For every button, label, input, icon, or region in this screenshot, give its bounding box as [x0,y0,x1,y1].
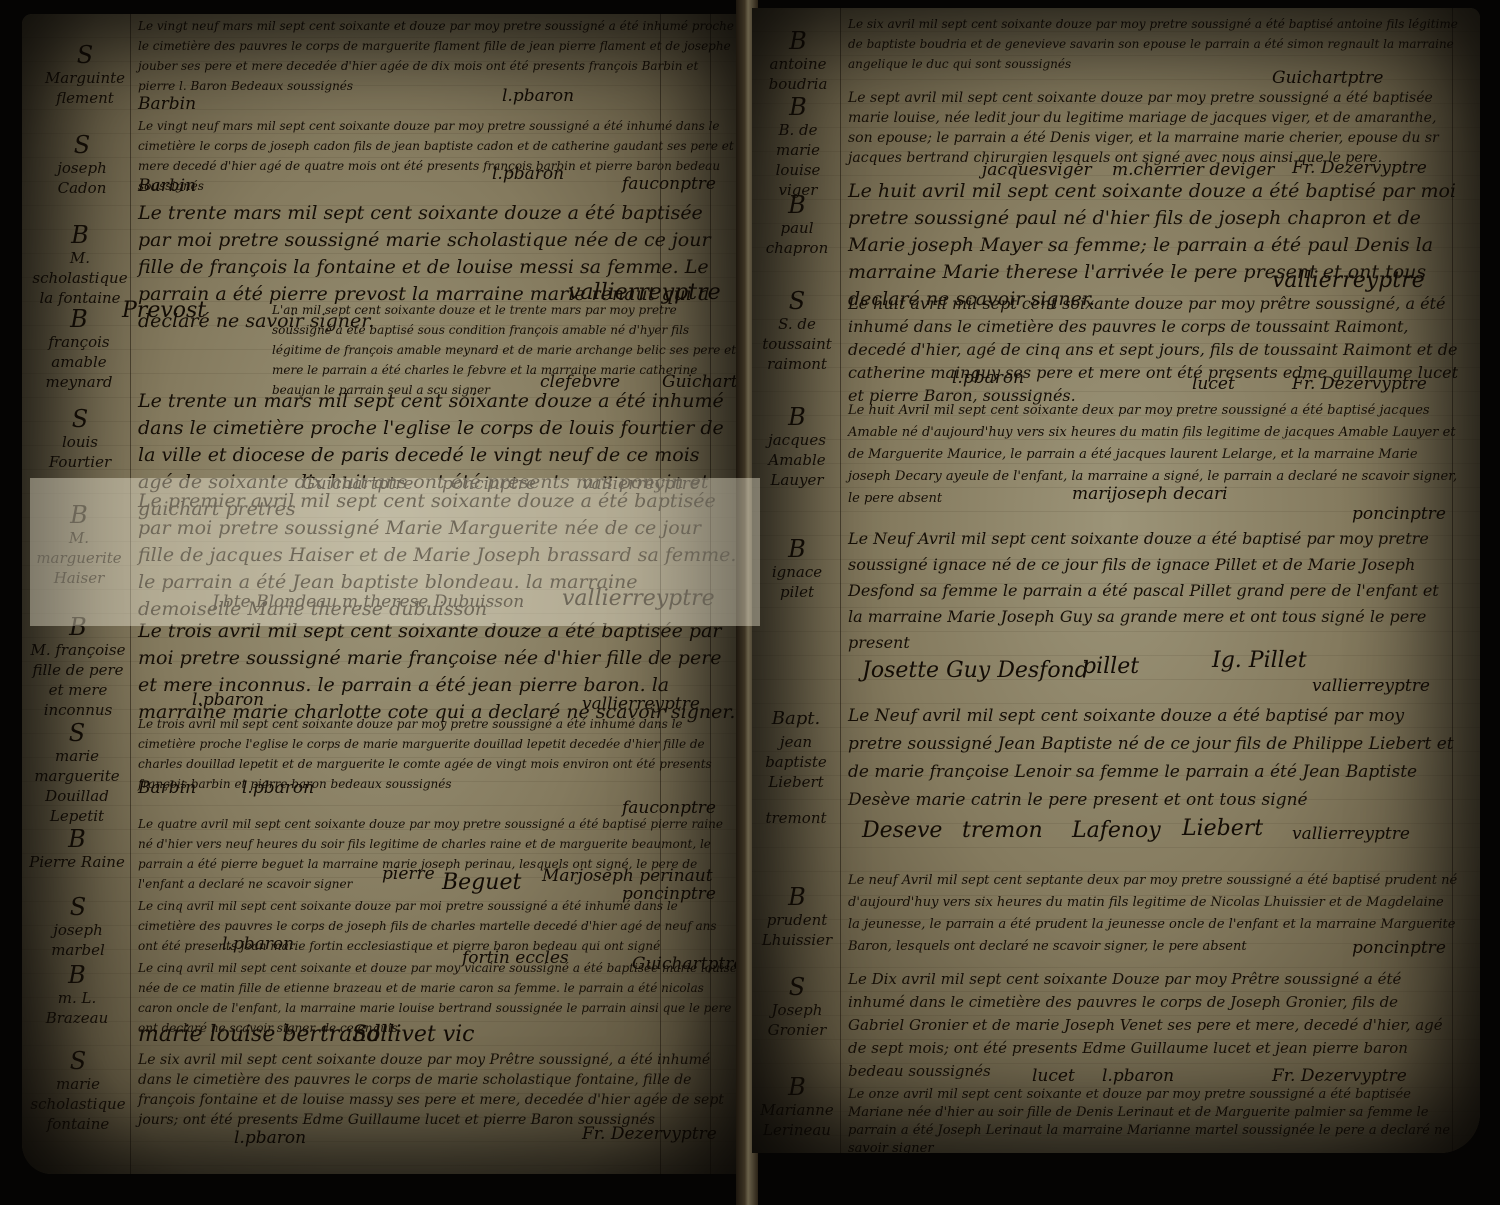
margin-note: S marie scholastique fontaine [28,1048,128,1134]
entry-type-mark: S [28,1048,128,1074]
entry-type-mark: B [754,884,840,910]
signature: l.pbaron [242,778,314,798]
entry-text: Le onze avril mil sept cent soixante et … [848,1086,1458,1153]
signature: Beguet [442,870,521,895]
entry-type-mark: B [754,536,840,562]
signature: J.bte Blondeau [212,592,337,612]
margin-note: S S. de toussaint raimont [754,288,840,374]
register-spread: S Marguinte flement Le vingt neuf mars m… [0,0,1500,1205]
entry-type-mark: B [756,94,840,120]
signature: Josette Guy Desfond [862,658,1089,683]
margin-note: S joseph Cadon [36,132,128,198]
entry-type-mark: B [30,502,128,528]
signature: Fr. Dezervyptre [1292,374,1427,394]
signature: Deseve [862,818,942,843]
entry-text: Le Neuf avril mil sept cent soixante dou… [848,702,1458,814]
entry-type-mark: B [32,222,128,248]
entry-type-mark: Bapt. [752,706,840,732]
signature: Barbin [138,94,196,114]
margin-note: B jacques Amable Lauyer [754,404,840,490]
signature: Fr. Dezervyptre [1272,1066,1407,1086]
signature: Guichartptre [1272,68,1383,88]
signature: marijoseph decari [1072,484,1228,504]
entry-type-mark: S [754,974,840,1000]
signature: m.therese Dubuisson [342,592,524,612]
margin-note: tremont [752,808,840,828]
signature: marie louise bertrand [138,1022,381,1047]
margin-name: Marguinte flement [45,69,125,107]
margin-note: B M. françoise fille de pere et mere inc… [28,614,128,720]
signature: lucet [1192,374,1235,394]
entry-type-mark: S [32,406,128,432]
left-page: S Marguinte flement Le vingt neuf mars m… [22,14,744,1174]
signature: vallierreyptre [582,694,700,714]
signature: Fr. Dezervyptre [1292,158,1427,178]
margin-note: B françois amable meynard [30,306,128,392]
margin-note: B M. scholastique la fontaine [32,222,128,308]
signature: vallierreyptre [1292,824,1410,844]
entry-type-mark: S [36,132,128,158]
margin-name: jacques Amable Lauyer [768,431,826,489]
signature: pillet [1082,654,1139,679]
signature: pierre [382,864,435,884]
signature: Barbin [138,778,196,798]
margin-name: S. de toussaint raimont [762,315,832,373]
margin-name: joseph Cadon [57,159,107,197]
margin-note: S Joseph Gronier [754,974,840,1040]
margin-name: louis Fourtier [49,433,111,471]
entry-type-mark: B [30,306,128,332]
signature: Liebert [1182,816,1263,841]
margin-name: françois amable meynard [46,333,113,391]
margin-name: B. de marie louise viger [776,121,821,199]
signature: l.pbaron [192,690,264,710]
signature: l.pbaron [234,1128,306,1148]
signature: Prevost [122,298,206,323]
margin-name: marie marguerite Douillad Lepetit [34,747,119,825]
margin-name: prudent Lhuissier [762,911,832,949]
signature: poncinptre [1352,504,1446,524]
signature: Barbin [138,176,196,196]
entry-type-mark: B [26,826,128,852]
signature: l.pbaron [502,86,574,106]
margin-note: S marie marguerite Douillad Lepetit [26,720,128,826]
entry-text: Le trois avril mil sept cent soixante do… [138,714,738,794]
margin-name: m. L. Brazeau [46,989,109,1027]
signature: l.pbaron [1102,1066,1174,1086]
entry-type-mark: S [28,894,128,920]
signature: vallierreyptre [562,586,715,611]
signature: Fr. Dezervyptre [582,1124,717,1144]
entry-text: Le six avril mil sept cent soixante douz… [848,14,1458,74]
margin-note: B Pierre Raine [26,826,128,872]
signature: l.pbaron [492,164,564,184]
margin-note: B ignace pilet [754,536,840,602]
signature: Ig. Pillet [1212,648,1307,673]
entry-text: Le Neuf Avril mil sept cent soixante dou… [848,526,1458,656]
right-page: B antoine boudria Le six avril mil sept … [752,8,1480,1153]
entry-text: Le six avril mil sept cent soixante douz… [138,1050,738,1130]
entry-type-mark: B [754,404,840,430]
signature: tremon [962,818,1043,843]
margin-note: S louis Fourtier [32,406,128,472]
margin-note: B Marianne Lerineau [754,1074,840,1140]
signature: poncinptre [1352,938,1446,958]
signature: m.cherrier deviger [1112,160,1274,180]
margin-name: jean baptiste Liebert [765,733,827,791]
margin-note: Bapt. jean baptiste Liebert [752,706,840,792]
margin-note: B antoine boudria [756,28,840,94]
margin-note: B prudent Lhuissier [754,884,840,950]
margin-note: S joseph marbel [28,894,128,960]
margin-note: B B. de marie louise viger [756,94,840,200]
margin-name: M. scholastique la fontaine [32,249,127,307]
margin-name: ignace pilet [772,563,822,601]
margin-rule [130,14,131,1174]
entry-type-mark: B [754,192,840,218]
margin-name: Marianne Lerineau [760,1101,833,1139]
entry-type-mark: B [26,962,128,988]
entry-type-mark: S [26,720,128,746]
entry-type-mark: B [754,1074,840,1100]
margin-name: joseph marbel [51,921,105,959]
entry-type-mark: B [28,614,128,640]
entry-text: Le vingt neuf mars mil sept cent soixant… [138,16,738,96]
signature: fauconptre [622,174,716,194]
signature: l.pbaron [222,934,294,954]
margin-name: antoine boudria [769,55,828,93]
margin-name: Pierre Raine [29,853,125,871]
signature: jacquesviger [982,160,1092,180]
signature: vallierreyptre [1272,268,1425,293]
signature: Guichartptre [632,954,743,974]
margin-name: Joseph Gronier [768,1001,827,1039]
margin-rule [840,8,841,1153]
margin-name: tremont [765,809,826,827]
margin-name: marie scholastique fontaine [30,1075,125,1133]
entry-text: Le sept avril mil sept cent soixante dou… [848,88,1458,168]
entry-type-mark: S [754,288,840,314]
entry-type-mark: B [756,28,840,54]
margin-name: paul chapron [766,219,828,257]
signature: Marjoseph perinaut [542,866,713,886]
signature: Sollivet vic [352,1022,475,1047]
margin-note: S Marguinte flement [40,42,130,108]
signature: vallierreyptre [1312,676,1430,696]
margin-note: B paul chapron [754,192,840,258]
signature: lucet [1032,1066,1075,1086]
margin-name: M. marguerite Haiser [36,529,121,587]
margin-note: B m. L. Brazeau [26,962,128,1028]
margin-note: B M. marguerite Haiser [30,502,128,588]
signature: Lafenoy [1072,818,1161,843]
margin-name: M. françoise fille de pere et mere incon… [30,641,125,719]
signature: l.pbaron [952,368,1024,388]
entry-type-mark: S [40,42,130,68]
